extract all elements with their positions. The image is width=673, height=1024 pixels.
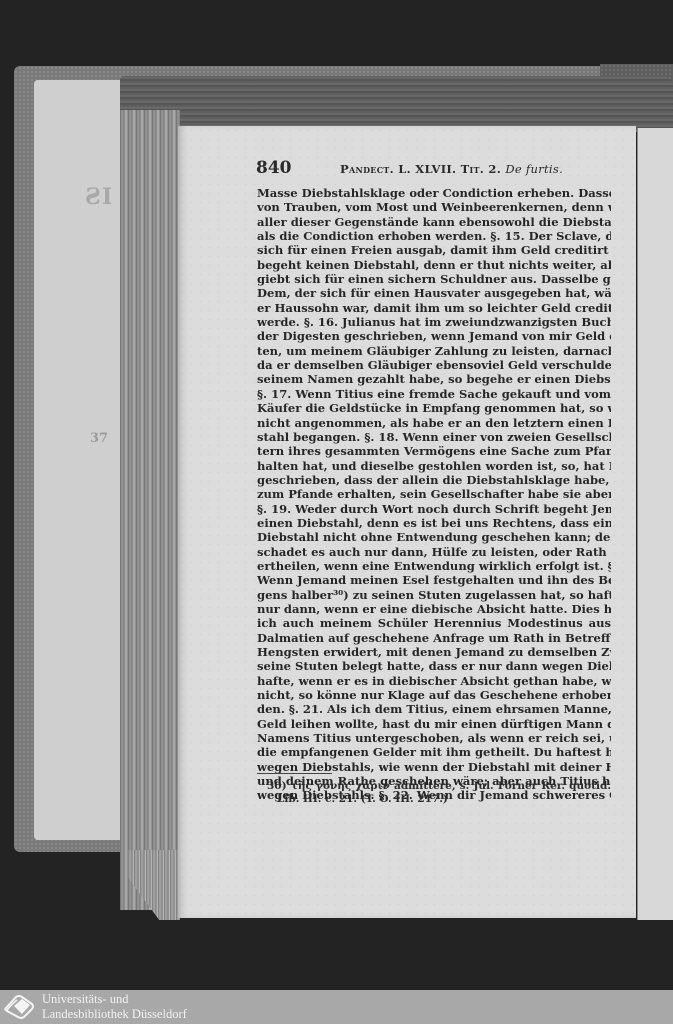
text-line: Diebstahl nicht ohne Entwendung geschehe…	[257, 530, 611, 544]
text-line: §. 17. Wenn Titius eine fremde Sache gek…	[257, 387, 611, 401]
scan-area: IS 37 840 Pandect. L. XLVII. Tit. 2. De …	[0, 0, 673, 990]
text-line: nicht angenommen, als habe er an den let…	[257, 416, 611, 430]
text-line: zum Pfande erhalten, sein Gesellschafter…	[257, 487, 611, 501]
text-line: wegen Diebstahls, wie wenn der Diebstahl…	[257, 760, 611, 774]
text-line: Wenn Jemand meinen Esel festgehalten und…	[257, 573, 611, 587]
text-line: giebt sich für einen sichern Schuldner a…	[257, 272, 611, 286]
text-line: tern ihres gesammten Vermögens eine Sach…	[257, 444, 611, 458]
text-line: nur dann, wenn er eine diebische Absicht…	[257, 602, 611, 616]
library-name-line1: Universitäts- und	[42, 992, 187, 1007]
text-line: ich auch meinem Schüler Herennius Modest…	[257, 616, 611, 630]
running-title: Pandect. L. XLVII. Tit. 2. De furtis.	[340, 162, 563, 176]
text-line: als die Condiction erhoben werden. §. 15…	[257, 229, 611, 243]
page-number: 840	[256, 158, 292, 178]
text-line: §. 19. Weder durch Wort noch durch Schri…	[257, 502, 611, 516]
text-line: stahl begangen. §. 18. Wenn einer von zw…	[257, 430, 611, 444]
text-line: nicht, so könne nur Klage auf das Gesche…	[257, 688, 611, 702]
library-name-line2: Landesbibliothek Düsseldorf	[42, 1007, 187, 1022]
text-line: aller dieser Gegenstände kann ebensowohl…	[257, 215, 611, 229]
footnote-line: 30) τῆς γονῆς χάριν admittere, s. Jul. F…	[257, 780, 611, 793]
text-line: die empfangenen Gelder mit ihm getheilt.…	[257, 745, 611, 759]
footnote: 30) τῆς γονῆς χάριν admittere, s. Jul. F…	[257, 780, 611, 806]
text-line: Käufer die Geldstücke in Empfang genomme…	[257, 401, 611, 415]
page-edges-top	[120, 76, 673, 132]
text-line: begeht keinen Diebstahl, denn er thut ni…	[257, 258, 611, 272]
text-line: seine Stuten belegt hatte, dass er nur d…	[257, 659, 611, 673]
text-line: schadet es auch nur dann, Hülfe zu leist…	[257, 545, 611, 559]
page-edges-left	[120, 110, 180, 910]
facing-page-edge	[637, 128, 673, 920]
endpaper-number: 37	[90, 431, 108, 446]
text-line: Dalmatien auf geschehene Anfrage um Rath…	[257, 631, 611, 645]
text-line: der Digesten geschrieben, wenn Jemand vo…	[257, 329, 611, 343]
text-line: Masse Diebstahlsklage oder Condiction er…	[257, 186, 611, 200]
text-line: einen Diebstahl, denn es ist bei uns Rec…	[257, 516, 611, 530]
text-line: ten, um meinem Gläubiger Zahlung zu leis…	[257, 344, 611, 358]
footnote-line: Lib. III. c. 21. (T. O. III. 217.)	[257, 793, 611, 806]
text-line: gens halber³⁰) zu seinen Stuten zugelass…	[257, 588, 611, 602]
library-footer: Universitäts- und Landesbibliothek Düsse…	[0, 990, 673, 1024]
text-line: Hengsten erwidert, mit denen Jemand zu d…	[257, 645, 611, 659]
footnote-divider	[257, 773, 332, 774]
text-line: er Haussohn war, damit ihm um so leichte…	[257, 301, 611, 315]
running-title-main: Pandect. L. XLVII. Tit. 2.	[340, 162, 501, 176]
library-logo-icon	[2, 994, 36, 1020]
library-name: Universitäts- und Landesbibliothek Düsse…	[42, 992, 187, 1022]
text-line: den. §. 21. Als ich dem Titius, einem eh…	[257, 702, 611, 716]
text-line: Geld leihen wollte, hast du mir einen dü…	[257, 717, 611, 731]
running-head: 840 Pandect. L. XLVII. Tit. 2. De furtis…	[256, 158, 612, 182]
text-line: ertheilen, wenn eine Entwendung wirklich…	[257, 559, 611, 573]
text-line: von Trauben, vom Most und Weinbeerenkern…	[257, 200, 611, 214]
text-line: hafte, wenn er es in diebischer Absicht …	[257, 674, 611, 688]
text-line: Namens Titius untergeschoben, als wenn e…	[257, 731, 611, 745]
text-line: da er demselben Gläubiger ebensoviel Gel…	[257, 358, 611, 372]
text-line: seinem Namen gezahlt habe, so begehe er …	[257, 372, 611, 386]
text-line: geschrieben, dass der allein die Diebsta…	[257, 473, 611, 487]
text-line: Dem, der sich für einen Hausvater ausgeg…	[257, 286, 611, 300]
text-line: werde. §. 16. Julianus hat im zweiundzwa…	[257, 315, 611, 329]
endpaper-bleed-text: IS	[84, 184, 112, 210]
text-line: sich für einen Freien ausgab, damit ihm …	[257, 243, 611, 257]
text-line: halten hat, und dieselbe gestohlen worde…	[257, 459, 611, 473]
running-title-italic: De furtis.	[505, 162, 563, 176]
body-text: Masse Diebstahlsklage oder Condiction er…	[257, 186, 611, 803]
